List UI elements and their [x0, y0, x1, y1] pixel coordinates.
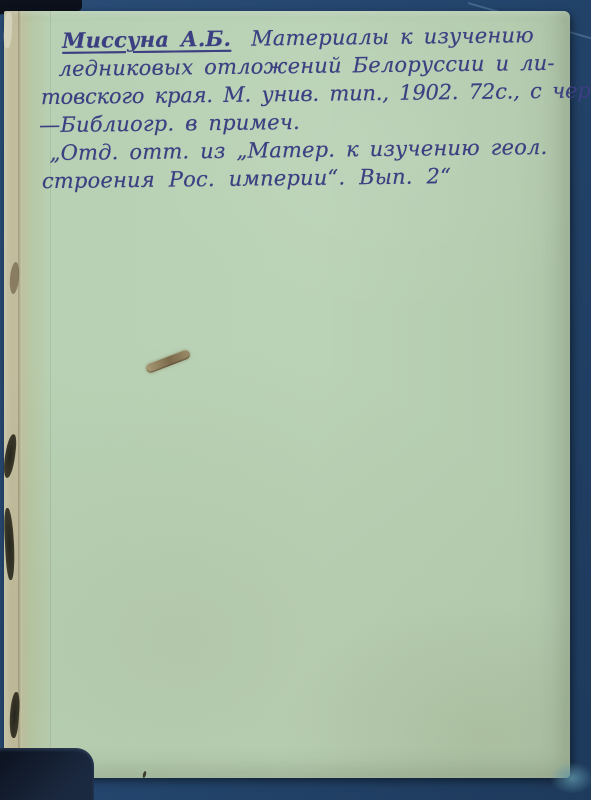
torn-edge-highlight	[3, 12, 13, 48]
dirt-speck	[142, 771, 147, 779]
cover-smudge	[550, 762, 591, 794]
scanned-book-cover: Миссуна А.Б.Материалы к изучению леднико…	[0, 0, 591, 800]
book-page: Миссуна А.Б.Материалы к изучению леднико…	[4, 11, 570, 778]
binding-fold-crease	[18, 11, 22, 778]
note-title-start: Материалы к изучению	[251, 23, 534, 50]
author-name: Миссуна А.Б.	[62, 26, 231, 53]
note-line-6: строения Рос. империи“. Вып. 2“	[42, 161, 574, 195]
handwritten-note: Миссуна А.Б.Материалы к изучению леднико…	[52, 21, 574, 195]
spine-leather-corner	[0, 748, 94, 800]
stain-mark	[145, 349, 191, 374]
